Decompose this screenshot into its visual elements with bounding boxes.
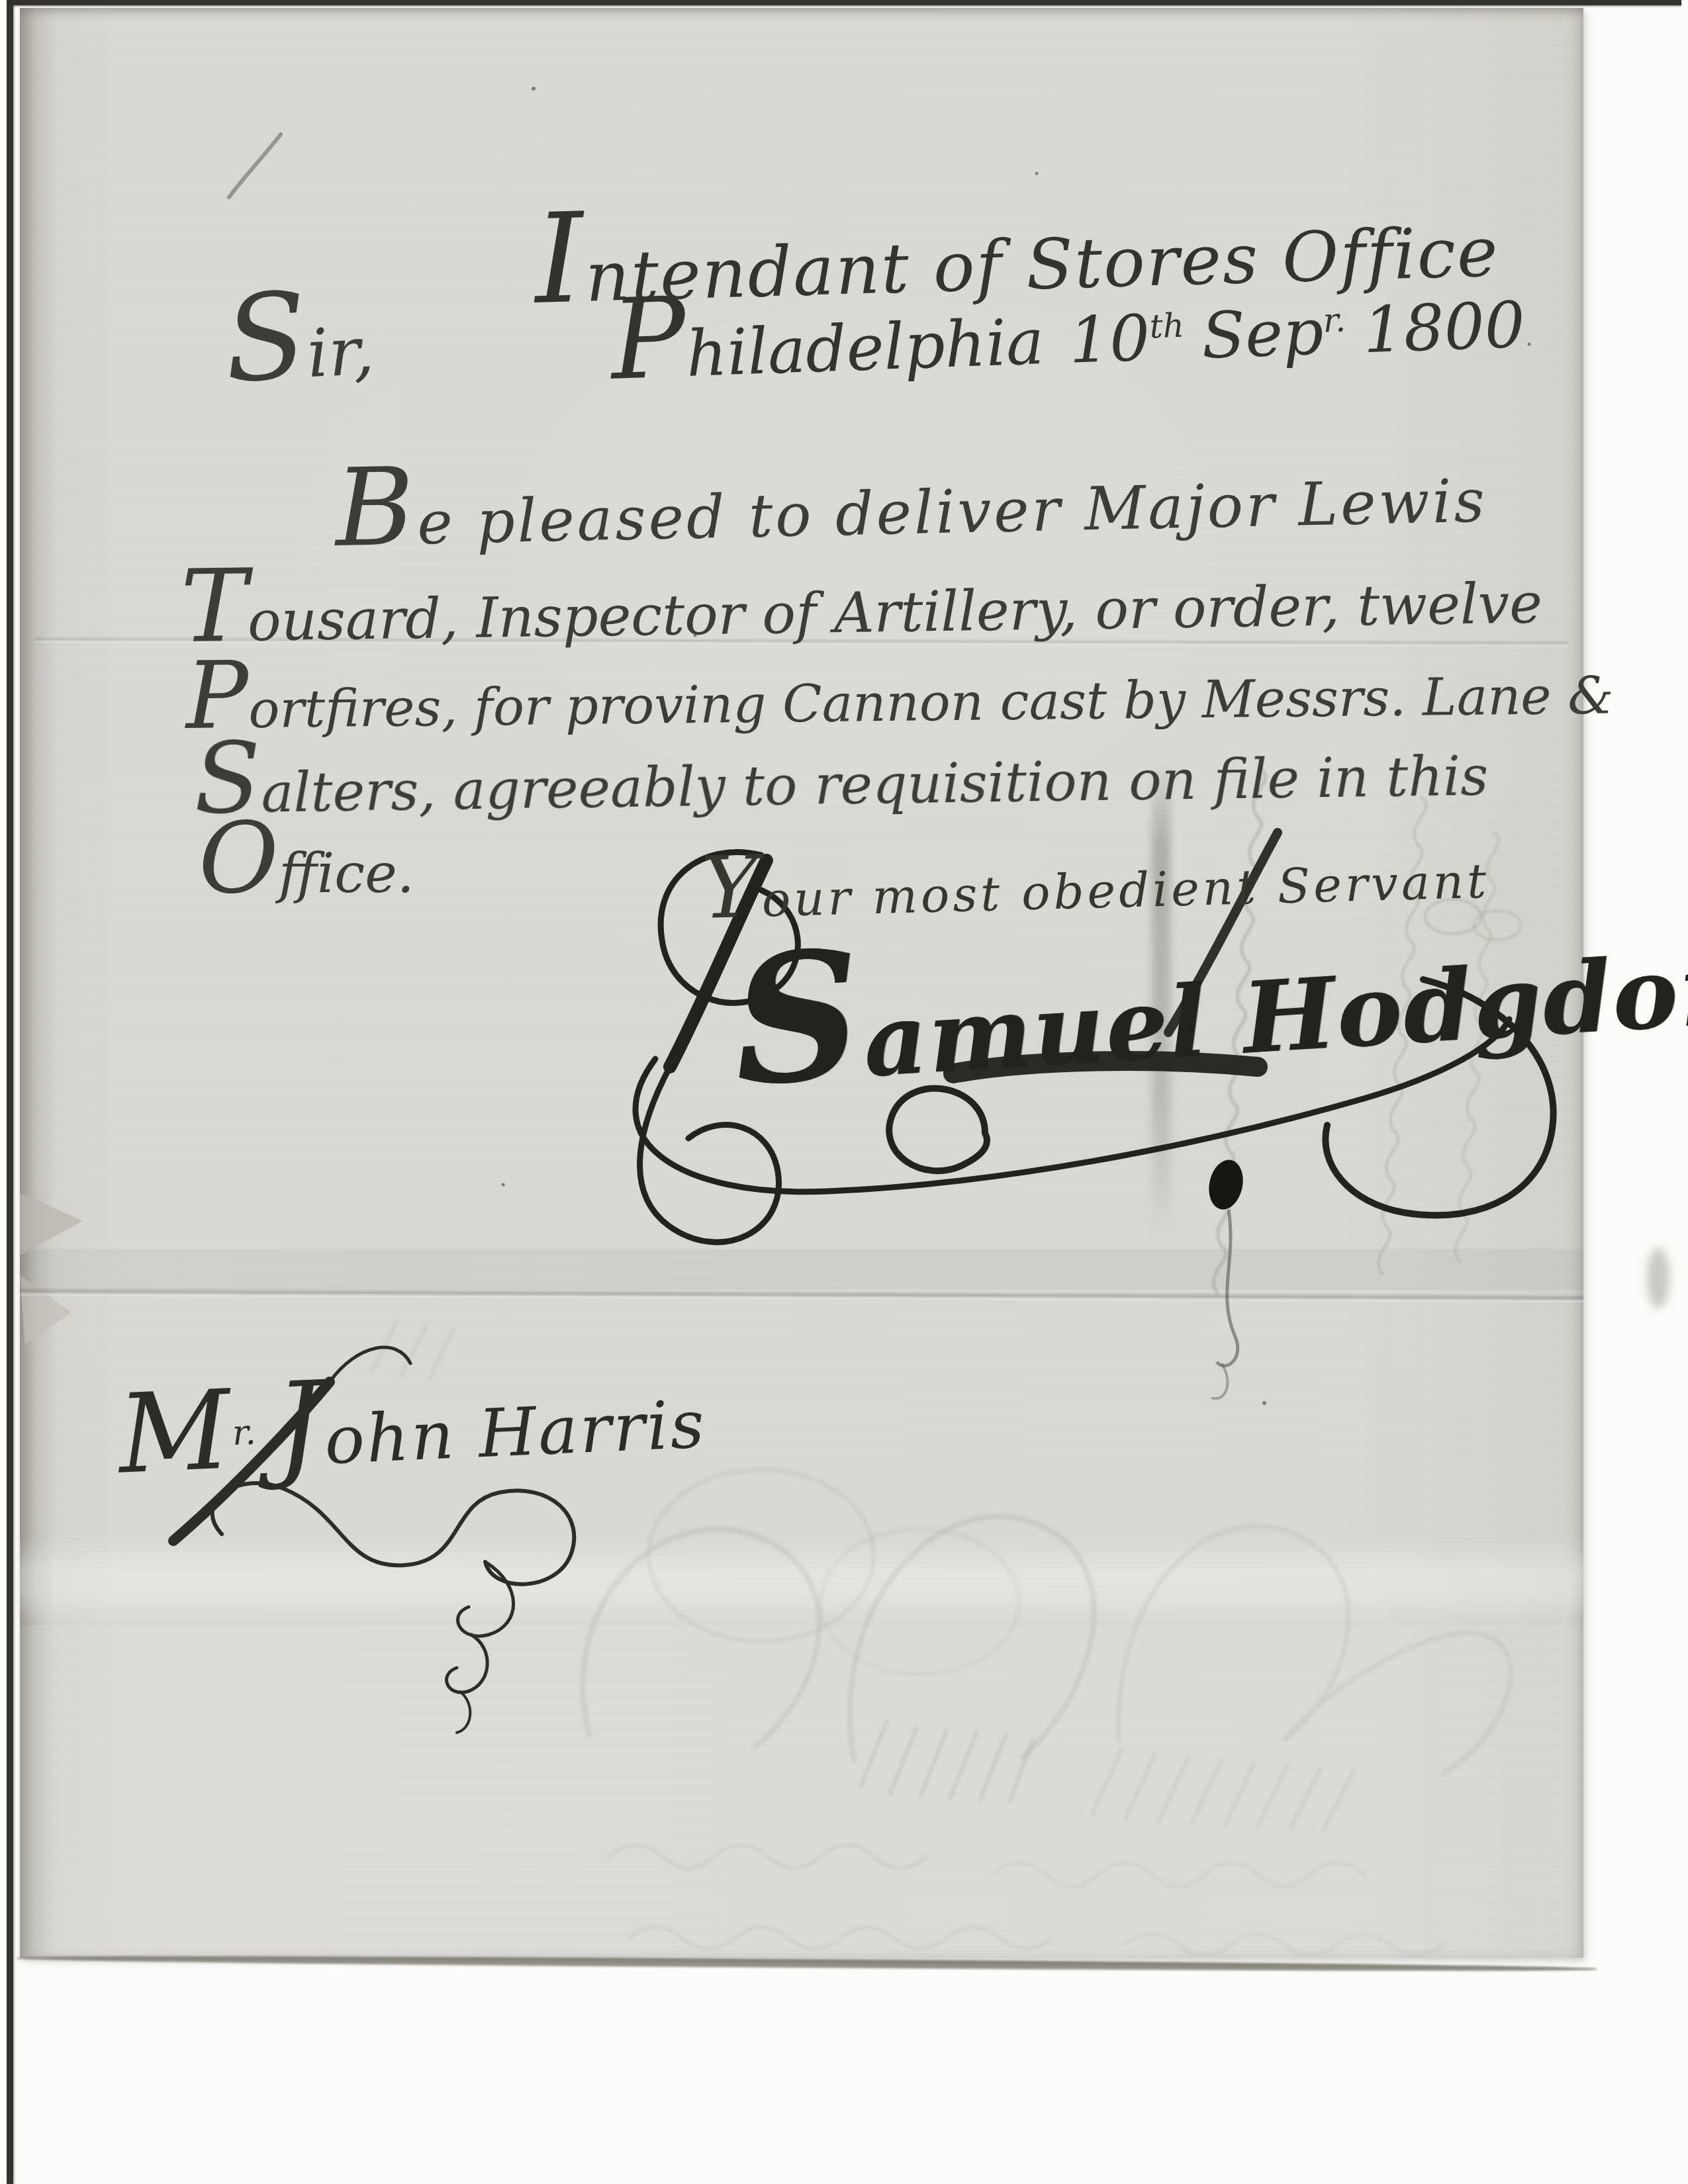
date-month-suffix: r. — [1323, 304, 1346, 338]
scanned-letter-page: Intendant of Stores Office Philadelphia1… — [0, 0, 1688, 2184]
date-month: Sep — [1201, 300, 1325, 367]
addressee-prefix-sup: r. — [232, 1413, 257, 1453]
ink-blot — [1205, 1157, 1248, 1399]
addressee-prefix-base: M — [117, 1406, 234, 1488]
date-day: 10 — [1068, 306, 1150, 373]
addressee-prefix: Mr. — [116, 1375, 258, 1490]
date-day-suffix: th — [1149, 310, 1185, 344]
addressee-name: John Harris — [273, 1349, 708, 1484]
body-line-5: Office. — [199, 810, 414, 908]
date-city: Philadelphia — [609, 269, 1045, 396]
pen-mark — [229, 134, 281, 197]
salutation: Sir, — [222, 273, 376, 400]
date-year: 1800 — [1362, 293, 1526, 362]
